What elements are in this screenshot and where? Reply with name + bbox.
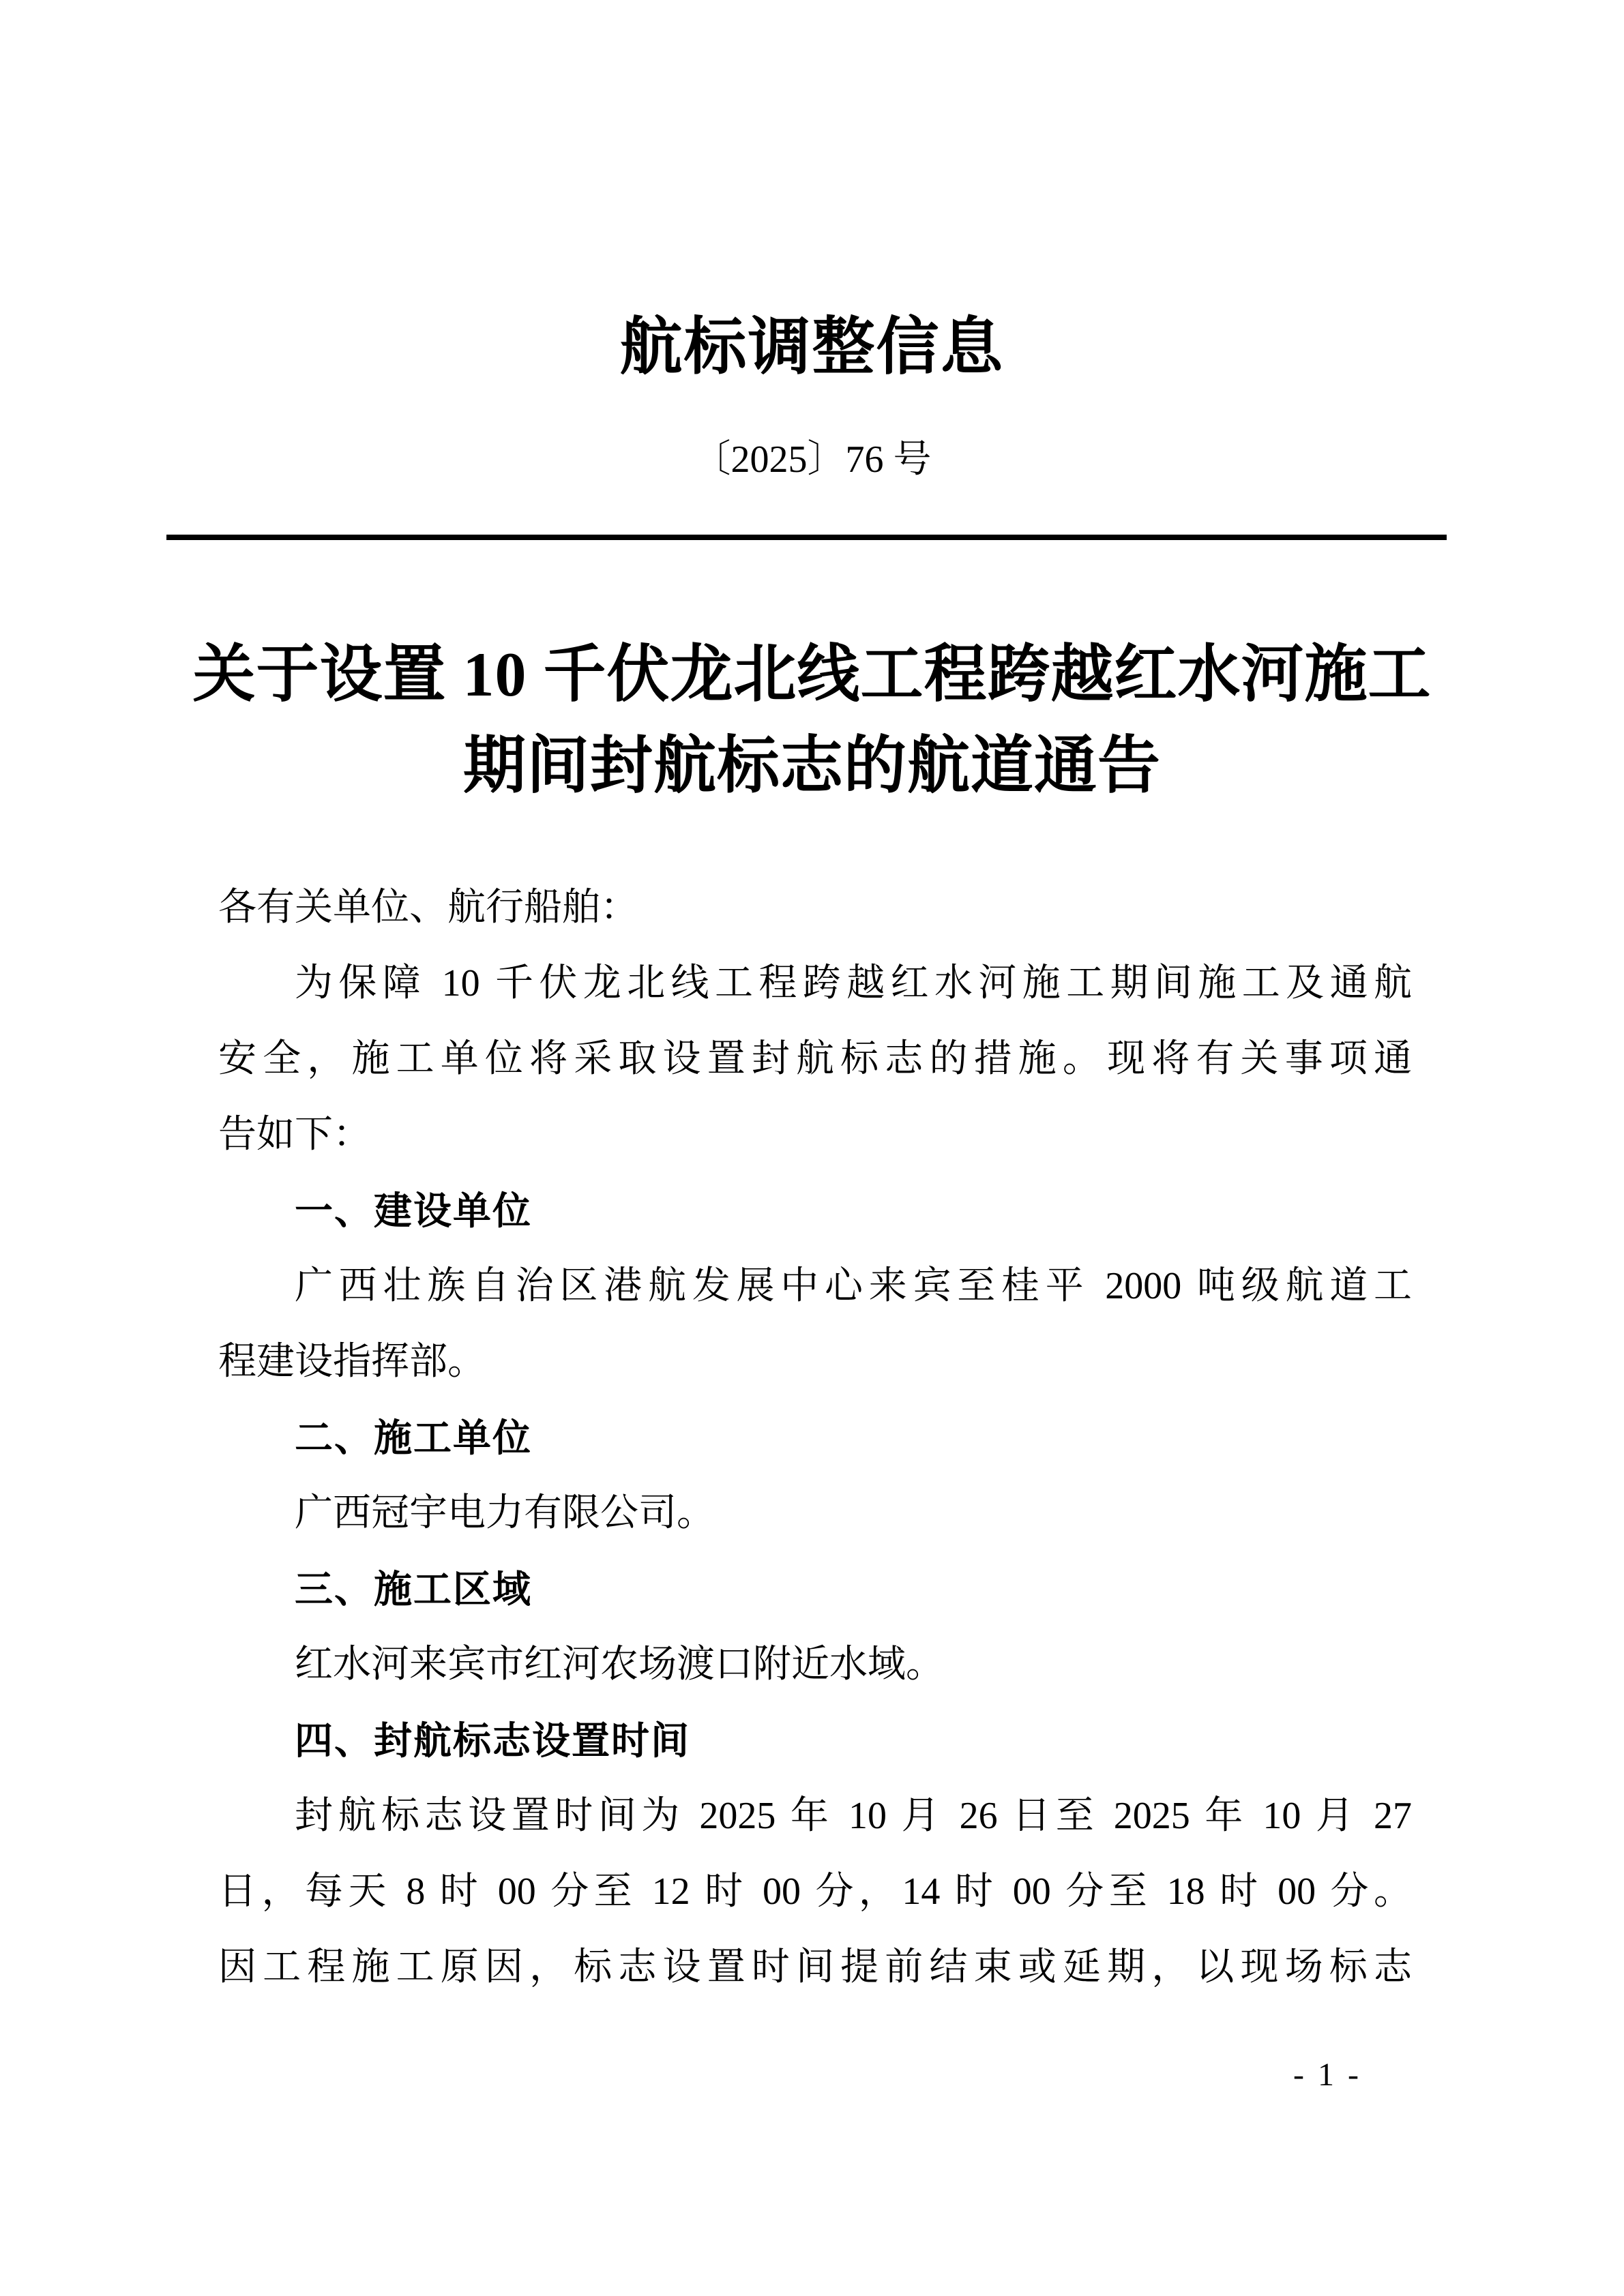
- notice-heading-line-2: 期间封航标志的航道通告: [0, 720, 1624, 811]
- section-heading: 二、施工单位: [218, 1400, 1412, 1476]
- section-heading: 四、封航标志设置时间: [218, 1703, 1412, 1778]
- section-heading: 一、建设单位: [218, 1173, 1412, 1249]
- doc-title: 航标调整信息: [0, 305, 1624, 389]
- header-rule-divider: [166, 535, 1447, 540]
- document-line: 广西冠宇电力有限公司。: [218, 1476, 1412, 1551]
- notice-heading: 关于设置 10 千伏龙北线工程跨越红水河施工 期间封航标志的航道通告: [0, 629, 1624, 811]
- document-line: 为保障 10 千伏龙北线工程跨越红水河施工期间施工及通航: [218, 946, 1412, 1022]
- document-line: 告如下：: [218, 1097, 1412, 1173]
- document-body: 各有关单位、航行船舶：为保障 10 千伏龙北线工程跨越红水河施工期间施工及通航安…: [218, 870, 1412, 2006]
- document-line: 各有关单位、航行船舶：: [218, 870, 1412, 946]
- document-line: 程建设指挥部。: [218, 1324, 1412, 1400]
- document-page: { "page": { "background": "#ffffff", "te…: [0, 0, 1624, 2296]
- document-line: 红水河来宾市红河农场渡口附近水域。: [218, 1627, 1412, 1703]
- document-line: 封航标志设置时间为 2025 年 10 月 26 日至 2025 年 10 月 …: [218, 1778, 1412, 1854]
- document-line: 安全，施工单位将采取设置封航标志的措施。现将有关事项通: [218, 1022, 1412, 1097]
- document-line: 广西壮族自治区港航发展中心来宾至桂平 2000 吨级航道工: [218, 1249, 1412, 1324]
- section-heading: 三、施工区域: [218, 1551, 1412, 1627]
- document-line: 因工程施工原因，标志设置时间提前结束或延期，以现场标志: [218, 1930, 1412, 2006]
- document-line: 日，每天 8 时 00 分至 12 时 00 分，14 时 00 分至 18 时…: [218, 1854, 1412, 1930]
- notice-heading-line-1: 关于设置 10 千伏龙北线工程跨越红水河施工: [0, 629, 1624, 720]
- doc-number: 〔2025〕76 号: [0, 431, 1624, 488]
- page-number: - 1 -: [1293, 2051, 1361, 2099]
